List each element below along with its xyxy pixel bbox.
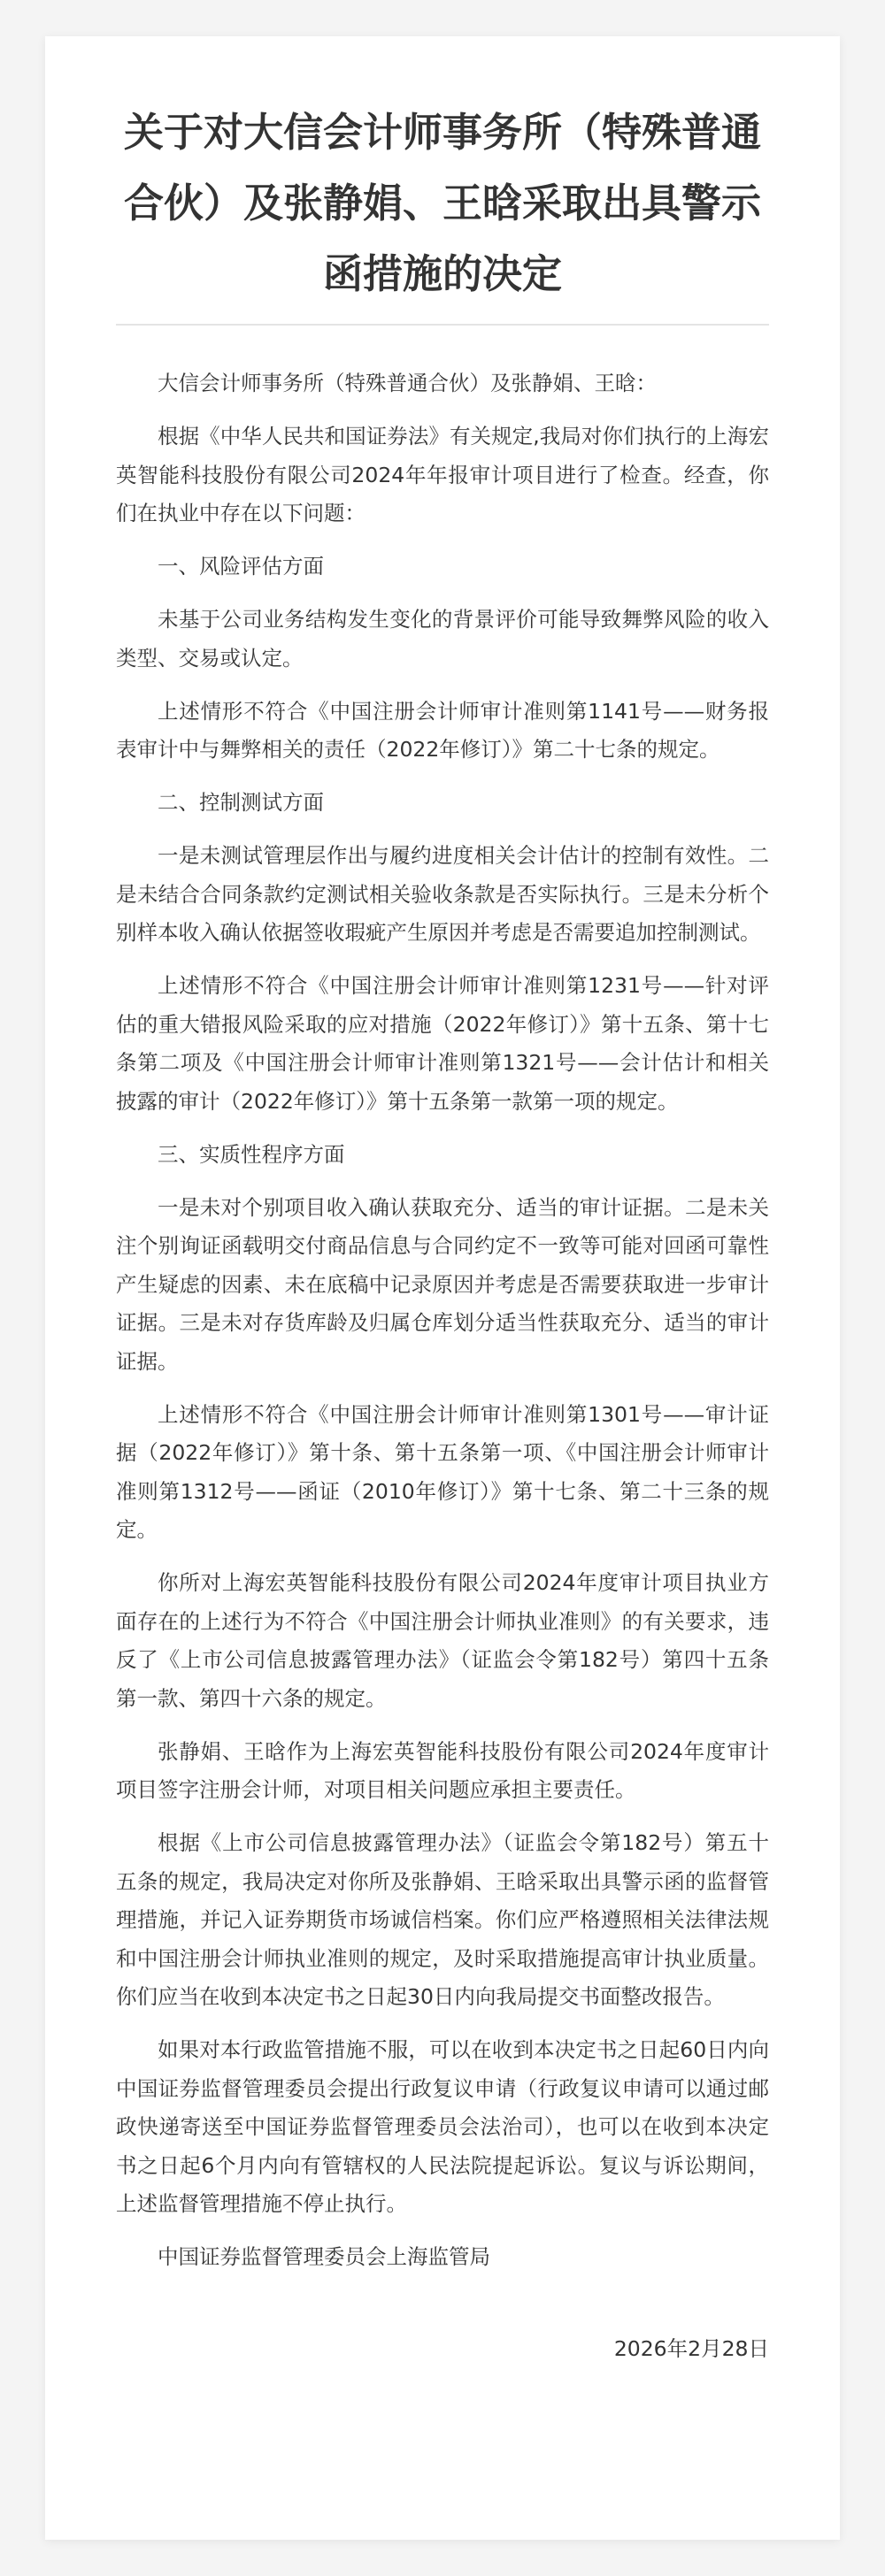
salutation: 大信会计师事务所（特殊普通合伙）及张静娟、王晗： xyxy=(116,364,769,403)
section-heading-control-testing: 二、控制测试方面 xyxy=(116,784,769,823)
control-testing-issue: 一是未测试管理层作出与履约进度相关会计估计的控制有效性。二是未结合合同条款约定测… xyxy=(116,837,769,953)
document-body: 大信会计师事务所（特殊普通合伙）及张静娟、王晗： 根据《中华人民共和国证券法》有… xyxy=(116,364,769,2368)
substantive-procedures-issue: 一是未对个别项目收入确认获取充分、适当的审计证据。二是未关注个别询证函载明交付商… xyxy=(116,1189,769,1382)
issuing-authority: 中国证券监督管理委员会上海监管局 xyxy=(116,2238,769,2277)
substantive-procedures-violation: 上述情形不符合《中国注册会计师审计准则第1301号——审计证据（2022年修订）… xyxy=(116,1396,769,1550)
title-divider xyxy=(116,324,769,326)
firm-violation-paragraph: 你所对上海宏英智能科技股份有限公司2024年度审计项目执业方面存在的上述行为不符… xyxy=(116,1564,769,1718)
document-page: 关于对大信会计师事务所（特殊普通合伙）及张静娟、王晗采取出具警示函措施的决定 大… xyxy=(45,36,840,2540)
risk-assessment-issue: 未基于公司业务结构发生变化的背景评价可能导致舞弊风险的收入类型、交易或认定。 xyxy=(116,601,769,678)
section-heading-risk-assessment: 一、风险评估方面 xyxy=(116,548,769,586)
document-title: 关于对大信会计师事务所（特殊普通合伙）及张静娟、王晗采取出具警示函措施的决定 xyxy=(116,97,769,310)
intro-paragraph: 根据《中华人民共和国证券法》有关规定,我局对你们执行的上海宏英智能科技股份有限公… xyxy=(116,418,769,533)
risk-assessment-violation: 上述情形不符合《中国注册会计师审计准则第1141号——财务报表审计中与舞弊相关的… xyxy=(116,693,769,770)
issue-date: 2026年2月28日 xyxy=(116,2330,769,2369)
responsibility-paragraph: 张静娟、王晗作为上海宏英智能科技股份有限公司2024年度审计项目签字注册会计师，… xyxy=(116,1733,769,1810)
decision-paragraph: 根据《上市公司信息披露管理办法》（证监会令第182号）第五十五条的规定，我局决定… xyxy=(116,1824,769,2017)
appeal-paragraph: 如果对本行政监管措施不服，可以在收到本决定书之日起60日内向中国证券监督管理委员… xyxy=(116,2031,769,2224)
section-heading-substantive-procedures: 三、实质性程序方面 xyxy=(116,1136,769,1175)
control-testing-violation: 上述情形不符合《中国注册会计师审计准则第1231号——针对评估的重大错报风险采取… xyxy=(116,967,769,1121)
